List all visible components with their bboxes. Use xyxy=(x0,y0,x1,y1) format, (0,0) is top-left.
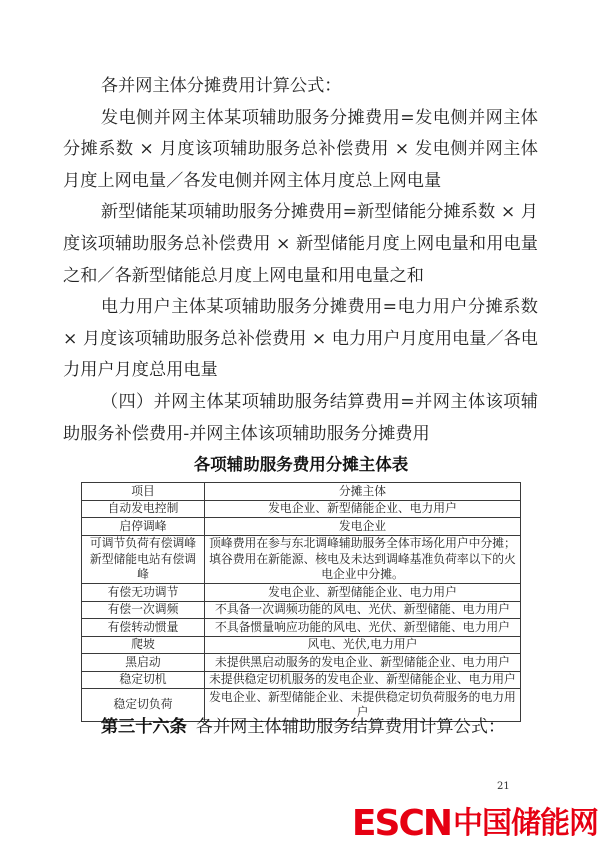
cell-subject: 不具备一次调频功能的风电、光伏、新型储能、电力用户 xyxy=(205,601,521,619)
cell-subject: 顶峰费用在参与东北调峰辅助服务全体市场化用户中分摊；填谷费用在新能源、核电及未达… xyxy=(205,535,521,584)
document-page: 各并网主体分摊费用计算公式： 发电侧并网主体某项辅助服务分摊费用=发电侧并网主体… xyxy=(0,0,600,848)
logo-latin-text: ESCN xyxy=(352,806,451,842)
table-row: 启停调峰 发电企业 xyxy=(82,518,521,536)
cell-item: 黑启动 xyxy=(82,654,205,672)
paragraph-settlement: （四）并网主体某项辅助服务结算费用=并网主体该项辅助服务补偿费用-并网主体该项辅… xyxy=(63,387,538,450)
table-row: 稳定切机 未提供稳定切机服务的发电企业、新型储能企业、电力用户 xyxy=(82,671,521,689)
cell-item: 有偿一次调频 xyxy=(82,601,205,619)
table-title: 各项辅助服务费用分摊主体表 xyxy=(81,451,521,475)
body-text: 各并网主体分摊费用计算公式： 发电侧并网主体某项辅助服务分摊费用=发电侧并网主体… xyxy=(63,71,538,450)
cell-item: 爬坡 xyxy=(82,636,205,654)
table-header-item: 项目 xyxy=(82,483,205,501)
article-number: 第三十六条 xyxy=(101,717,187,737)
paragraph-power-user: 电力用户主体某项辅助服务分摊费用=电力用户分摊系数 × 月度该项辅助服务总补偿费… xyxy=(63,292,538,387)
cell-item: 启停调峰 xyxy=(82,518,205,536)
cell-subject: 发电企业、新型储能企业、电力用户 xyxy=(205,584,521,602)
paragraph-new-storage: 新型储能某项辅助服务分摊费用=新型储能分摊系数 × 月度该项辅助服务总补偿费用 … xyxy=(63,197,538,292)
paragraph-formula-intro: 各并网主体分摊费用计算公式： xyxy=(63,71,538,103)
cell-subject: 风电、光伏,电力用户 xyxy=(205,636,521,654)
table-header-row: 项目 分摊主体 xyxy=(82,483,521,501)
paragraph-generation-side: 发电侧并网主体某项辅助服务分摊费用=发电侧并网主体分摊系数 × 月度该项辅助服务… xyxy=(63,103,538,198)
cell-subject: 不具备惯量响应功能的风电、光伏、新型储能、电力用户 xyxy=(205,619,521,637)
allocation-table-section: 各项辅助服务费用分摊主体表 项目 分摊主体 自动发电控制 发电企业、新型储能企业… xyxy=(81,451,521,722)
table-row: 有偿转动惯量 不具备惯量响应功能的风电、光伏、新型储能、电力用户 xyxy=(82,619,521,637)
allocation-table: 项目 分摊主体 自动发电控制 发电企业、新型储能企业、电力用户 启停调峰 发电企… xyxy=(81,482,521,722)
closing-paragraph: 第三十六条各并网主体辅助服务结算费用计算公式： xyxy=(63,712,538,744)
cell-item: 有偿无功调节 xyxy=(82,584,205,602)
cell-subject: 未提供黑启动服务的发电企业、新型储能企业、电力用户 xyxy=(205,654,521,672)
cell-subject: 发电企业 xyxy=(205,518,521,536)
table-row: 黑启动 未提供黑启动服务的发电企业、新型储能企业、电力用户 xyxy=(82,654,521,672)
cell-item: 自动发电控制 xyxy=(82,500,205,518)
cell-subject: 未提供稳定切机服务的发电企业、新型储能企业、电力用户 xyxy=(205,671,521,689)
cell-subject: 发电企业、新型储能企业、电力用户 xyxy=(205,500,521,518)
cell-item: 可调节负荷有偿调峰 新型储能电站有偿调峰 xyxy=(82,535,205,584)
escn-logo: ESCN 中国储能网 xyxy=(352,806,598,842)
cell-item: 有偿转动惯量 xyxy=(82,619,205,637)
logo-chinese-text: 中国储能网 xyxy=(453,809,598,839)
page-number: 21 xyxy=(497,781,510,792)
table-row: 有偿一次调频 不具备一次调频功能的风电、光伏、新型储能、电力用户 xyxy=(82,601,521,619)
table-row: 爬坡 风电、光伏,电力用户 xyxy=(82,636,521,654)
table-header-subject: 分摊主体 xyxy=(205,483,521,501)
table-row: 可调节负荷有偿调峰 新型储能电站有偿调峰 顶峰费用在参与东北调峰辅助服务全体市场… xyxy=(82,535,521,584)
cell-item: 稳定切机 xyxy=(82,671,205,689)
table-row: 有偿无功调节 发电企业、新型储能企业、电力用户 xyxy=(82,584,521,602)
closing-text: 各并网主体辅助服务结算费用计算公式： xyxy=(196,717,505,737)
table-row: 自动发电控制 发电企业、新型储能企业、电力用户 xyxy=(82,500,521,518)
